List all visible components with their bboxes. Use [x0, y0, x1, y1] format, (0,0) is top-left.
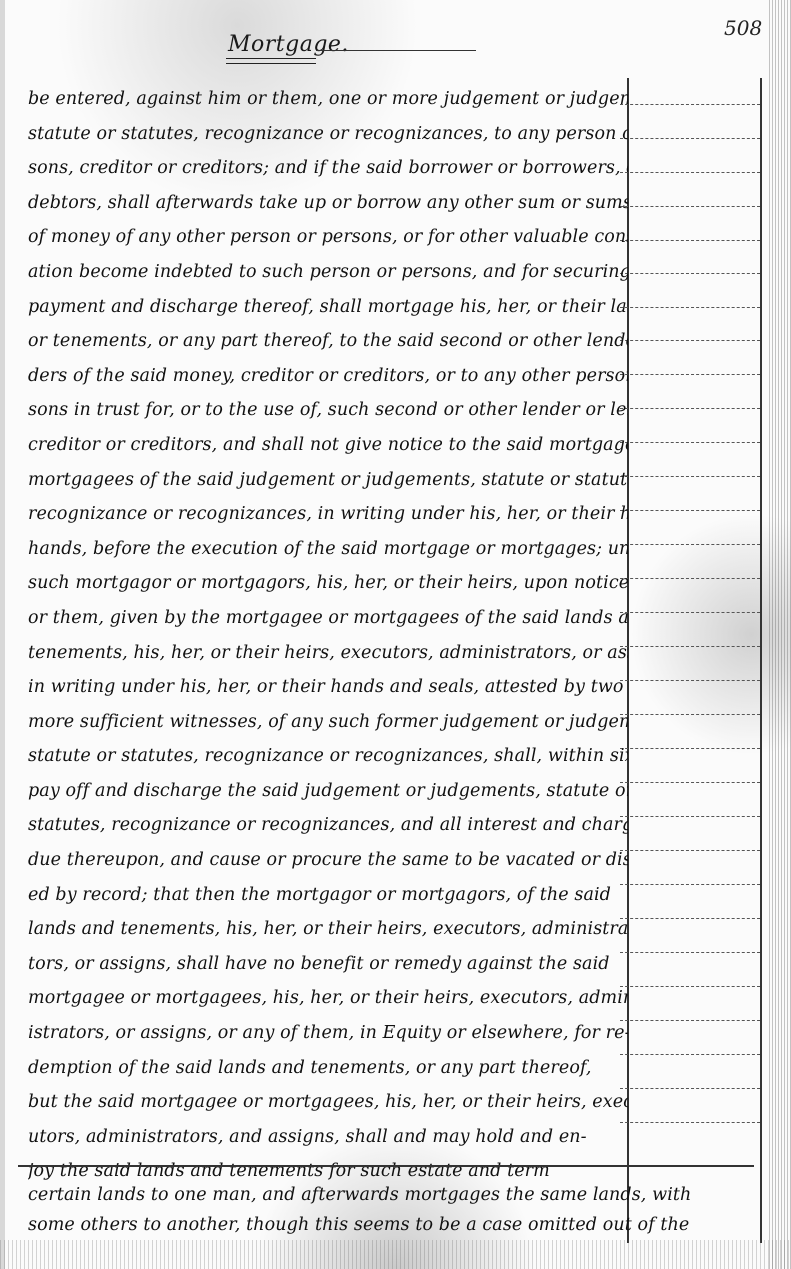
page-number: 508 [724, 16, 762, 40]
text-line: statute or statutes, recognizance or rec… [28, 117, 628, 152]
text-line: more sufficient witnesses, of any such f… [28, 705, 628, 740]
text-line: creditor or creditors, and shall not giv… [28, 428, 628, 463]
footnote-line: some others to another, though this seem… [28, 1210, 748, 1240]
text-line: debtors, shall afterwards take up or bor… [28, 186, 628, 221]
main-text-block: be entered, against him or them, one or … [28, 82, 628, 1189]
text-line: statutes, recognizance or recognizances,… [28, 808, 628, 843]
text-line: demption of the said lands and tenements… [28, 1051, 628, 1086]
text-line: ation become indebted to such person or … [28, 255, 628, 290]
text-line: utors, administrators, and assigns, shal… [28, 1120, 628, 1155]
text-line: tenements, his, her, or their heirs, exe… [28, 636, 628, 671]
text-line: recognizance or recognizances, in writin… [28, 497, 628, 532]
text-line: in writing under his, her, or their hand… [28, 670, 628, 705]
text-line: statute or statutes, recognizance or rec… [28, 739, 628, 774]
text-line: sons, creditor or creditors; and if the … [28, 151, 628, 186]
page-left-edge [0, 0, 5, 1269]
page-bottom-edge [0, 1240, 791, 1269]
footnote-line: certain lands to one man, and afterwards… [28, 1180, 748, 1210]
text-line: be entered, against him or them, one or … [28, 82, 628, 117]
margin-line-outer [760, 78, 762, 1243]
text-line: sons in trust for, or to the use of, suc… [28, 393, 628, 428]
text-line: ed by record; that then the mortgagor or… [28, 878, 628, 913]
page-heading: Mortgage. [228, 32, 349, 57]
page-right-edge [769, 0, 791, 1269]
footnote-separator [18, 1165, 754, 1167]
text-line: tors, or assigns, shall have no benefit … [28, 947, 628, 982]
text-line: but the said mortgagee or mortgagees, hi… [28, 1085, 628, 1120]
text-line: istrators, or assigns, or any of them, i… [28, 1016, 628, 1051]
text-line: hands, before the execution of the said … [28, 532, 628, 567]
heading-underline [226, 58, 316, 64]
text-line: or tenements, or any part thereof, to th… [28, 324, 628, 359]
text-line: such mortgagor or mortgagors, his, her, … [28, 566, 628, 601]
document-page: 508 Mortgage. [0, 0, 791, 1269]
text-line: or them, given by the mortgagee or mortg… [28, 601, 628, 636]
text-line: mortgagees of the said judgement or judg… [28, 463, 628, 498]
text-line: payment and discharge thereof, shall mor… [28, 290, 628, 325]
text-line: lands and tenements, his, her, or their … [28, 912, 628, 947]
text-line: mortgagee or mortgagees, his, her, or th… [28, 981, 628, 1016]
footnote-block: certain lands to one man, and afterwards… [28, 1180, 748, 1240]
text-line: pay off and discharge the said judgement… [28, 774, 628, 809]
text-line: ders of the said money, creditor or cred… [28, 359, 628, 394]
heading-rule [316, 50, 476, 51]
text-line: of money of any other person or persons,… [28, 220, 628, 255]
text-line: due thereupon, and cause or procure the … [28, 843, 628, 878]
